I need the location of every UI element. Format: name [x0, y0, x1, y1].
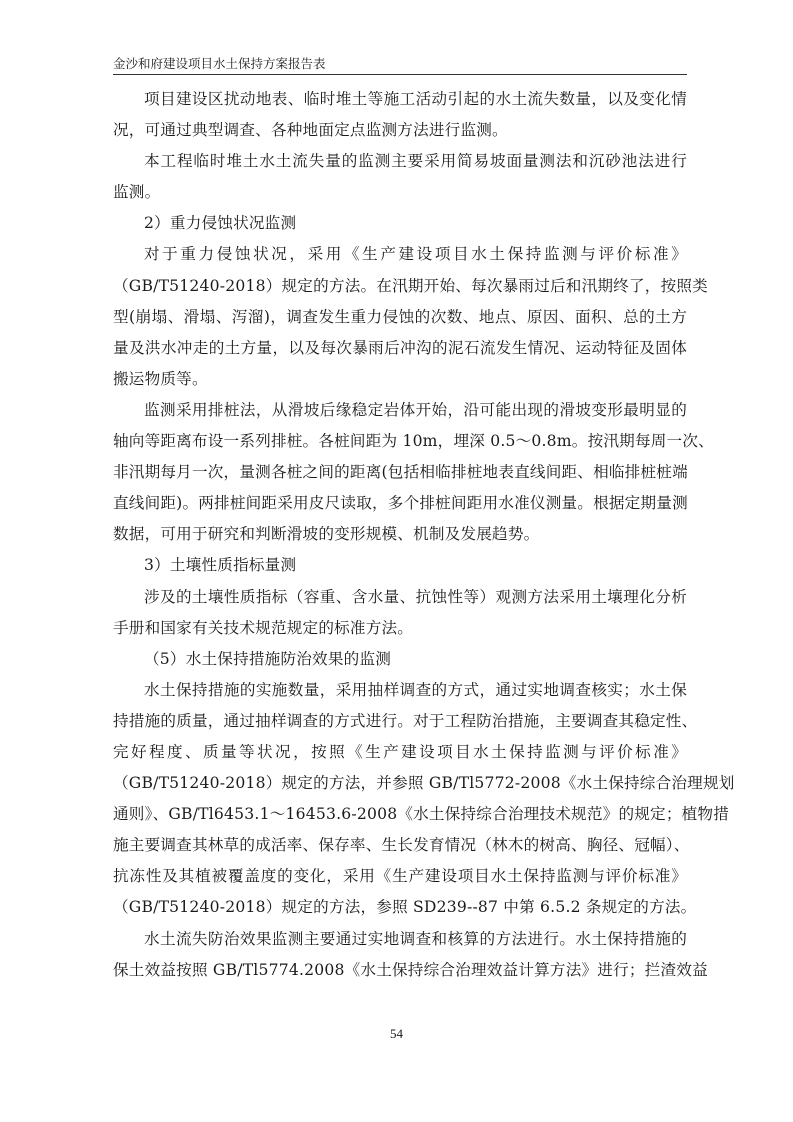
text-line: 保土效益按照 GB/Tl5774.2008《水土保持综合治理效益计算方法》进行；…	[113, 955, 687, 986]
text-line: 监测采用排桩法，从滑坡后缘稳定岩体开始，沿可能出现的滑坡变形最明显的	[113, 395, 687, 426]
text-line: 抗冻性及其植被覆盖度的变化，采用《生产建设项目水土保持监测与评价标准》	[113, 861, 687, 892]
text-line: 项目建设区扰动地表、临时堆土等施工活动引起的水土流失数量，以及变化情	[113, 84, 687, 115]
page-number: 54	[0, 1026, 793, 1042]
text-line: 通则》、GB/Tl6453.1～16453.6-2008《水土保持综合治理技术规…	[113, 799, 687, 830]
text-line: 2）重力侵蚀状况监测	[113, 208, 687, 239]
text-line: 数据，可用于研究和判断滑坡的变形规模、机制及发展趋势。	[113, 519, 687, 550]
text-line: 水土保持措施的实施数量，采用抽样调查的方式，通过实地调查核实；水土保	[113, 675, 687, 706]
text-line: 水土流失防治效果监测主要通过实地调查和核算的方法进行。水土保持措施的	[113, 924, 687, 955]
text-line: 型(崩塌、滑塌、泻溜)，调查发生重力侵蚀的次数、地点、原因、面积、总的土方	[113, 302, 687, 333]
text-line: 直线间距)。两排桩间距采用皮尺读取，多个排桩间距用水准仪测量。根据定期量测	[113, 488, 687, 519]
text-line: 轴向等距离布设一系列排桩。各桩间距为 10m，埋深 0.5～0.8m。按汛期每周…	[113, 426, 687, 457]
text-line: （GB/T51240-2018）规定的方法。在汛期开始、每次暴雨过后和汛期终了，…	[113, 271, 687, 302]
text-line: （GB/T51240-2018）规定的方法，参照 SD239--87 中第 6.…	[113, 892, 687, 923]
text-line: 监测。	[113, 177, 687, 208]
text-line: 3）土壤性质指标量测	[113, 550, 687, 581]
text-line: 非汛期每月一次，量测各桩之间的距离(包括相临排桩地表直线间距、相临排桩桩端	[113, 457, 687, 488]
text-line: 持措施的质量，通过抽样调查的方式进行。对于工程防治措施，主要调查其稳定性、	[113, 706, 687, 737]
text-line: （GB/T51240-2018）规定的方法，并参照 GB/Tl5772-2008…	[113, 768, 687, 799]
text-line: 搬运物质等。	[113, 364, 687, 395]
text-line: 况，可通过典型调查、各种地面定点监测方法进行监测。	[113, 115, 687, 146]
running-header: 金沙和府建设项目水土保持方案报告表	[113, 56, 687, 75]
text-line: （5）水土保持措施防治效果的监测	[113, 644, 687, 675]
text-line: 施主要调查其林草的成活率、保存率、生长发育情况（林木的树高、胸径、冠幅）、	[113, 830, 687, 861]
text-line: 手册和国家有关技术规范规定的标准方法。	[113, 613, 687, 644]
text-line: 对于重力侵蚀状况，采用《生产建设项目水土保持监测与评价标准》	[113, 239, 687, 270]
text-line: 涉及的土壤性质指标（容重、含水量、抗蚀性等）观测方法采用土壤理化分析	[113, 582, 687, 613]
text-line: 完好程度、质量等状况，按照《生产建设项目水土保持监测与评价标准》	[113, 737, 687, 768]
text-line: 本工程临时堆土水土流失量的监测主要采用简易坡面量测法和沉砂池法进行	[113, 146, 687, 177]
document-body: 项目建设区扰动地表、临时堆土等施工活动引起的水土流失数量，以及变化情况，可通过典…	[113, 84, 687, 986]
text-line: 量及洪水冲走的土方量，以及每次暴雨后冲沟的泥石流发生情况、运动特征及固体	[113, 333, 687, 364]
